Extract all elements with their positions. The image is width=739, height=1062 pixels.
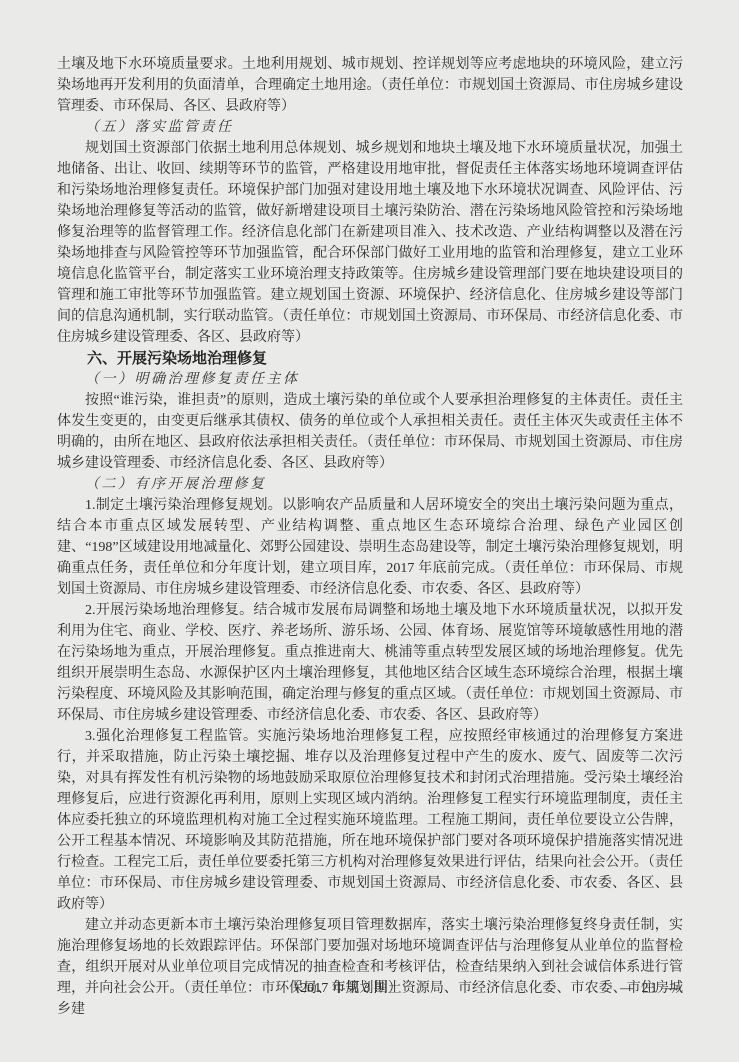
paragraph: 建立并动态更新本市土壤污染治理修复项目管理数据库，落实土壤污染治理修复终身责任制…: [57, 915, 683, 1020]
section-heading: 六、开展污染场地治理修复: [57, 348, 683, 369]
document-page: 土壤及地下水环境质量要求。土地利用规划、城市规划、控详规划等应考虑地块的环境风险…: [0, 0, 739, 1062]
paragraph: 2.开展污染场地治理修复。结合城市发展布局调整和场地土壤及地下水环境质量状况，以…: [57, 600, 683, 726]
paragraph: 1.制定土壤污染治理修复规划。以影响农产品质量和人居环境安全的突出土壤污染问题为…: [57, 495, 683, 600]
paragraph-continuation: 土壤及地下水环境质量要求。土地利用规划、城市规划、控详规划等应考虑地块的环境风险…: [57, 54, 683, 117]
subsection-heading: （二）有序开展治理修复: [57, 474, 683, 495]
document-body: 土壤及地下水环境质量要求。土地利用规划、城市规划、控详规划等应考虑地块的环境风险…: [57, 54, 683, 1020]
subsection-heading: （五）落实监管责任: [57, 117, 683, 138]
footer-issue-label: （2017 年第 3 期）: [286, 978, 402, 999]
page-footer: （2017 年第 3 期） — 21 —: [57, 978, 683, 999]
footer-page-number: — 21 —: [620, 978, 681, 999]
paragraph: 按照“谁污染，谁担责”的原则，造成土壤污染的单位或个人要承担治理修复的主体责任。…: [57, 390, 683, 474]
paragraph: 3.强化治理修复工程监管。实施污染场地治理修复工程，应按照经审核通过的治理修复方…: [57, 726, 683, 915]
subsection-heading: （一）明确治理修复责任主体: [57, 369, 683, 390]
paragraph: 规划国土资源部门依据土地利用总体规划、城乡规划和地块土壤及地下水环境质量状况，加…: [57, 138, 683, 348]
